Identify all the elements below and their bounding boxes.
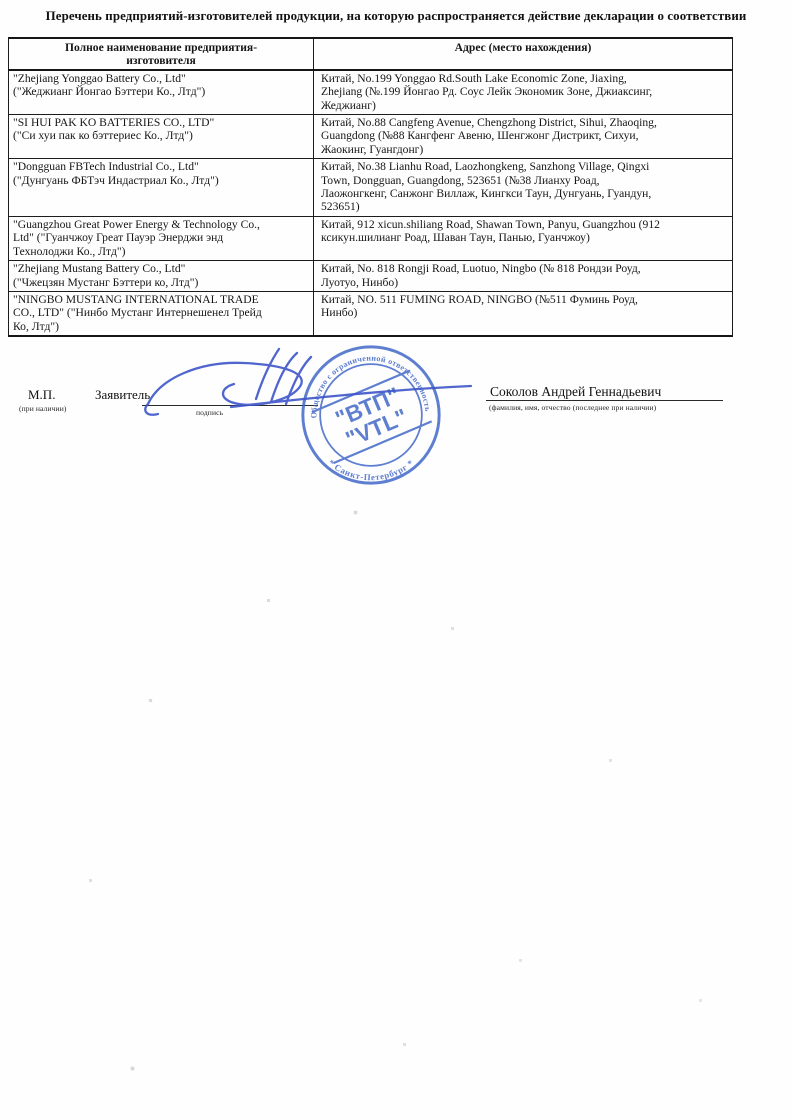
seal-place-label: М.П. [28,387,55,403]
name-underline [486,400,723,401]
cell-name: "NINGBO MUSTANG INTERNATIONAL TRADE CO.,… [9,291,314,336]
table-row: "Guangzhou Great Power Energy & Technolo… [9,216,733,260]
table-row: "SI HUI PAK KO BATTERIES CO., LTD" ("Си … [9,115,733,159]
manufacturers-table: Полное наименование предприятия- изготов… [8,37,733,337]
cell-address: Китай, No. 818 Rongji Road, Luotuo, Ning… [314,261,733,292]
signature [138,346,478,441]
cell-name: "Zhejiang Yonggao Battery Co., Ltd" ("Же… [9,70,314,115]
scan-speckles [0,0,1,1]
cell-address: Китай, No.38 Lianhu Road, Laozhongkeng, … [314,159,733,217]
header-address: Адрес (место нахождения) [314,38,733,70]
table-row: "Zhejiang Mustang Battery Co., Ltd" ("Чж… [9,261,733,292]
cell-address: Китай, No.199 Yonggao Rd.South Lake Econ… [314,70,733,115]
manufacturers-table-body: "Zhejiang Yonggao Battery Co., Ltd" ("Же… [9,70,733,336]
seal-place-note: (при наличии) [19,404,66,413]
cell-address: Китай, 912 xicun.shiliang Road, Shawan T… [314,216,733,260]
document-title: Перечень предприятий-изготовителей проду… [0,0,792,24]
cell-address: Китай, NO. 511 FUMING ROAD, NINGBO (№511… [314,291,733,336]
name-caption: (фамилия, имя, отчество (последнее при н… [489,403,656,412]
table-row: "Zhejiang Yonggao Battery Co., Ltd" ("Же… [9,70,733,115]
cell-name: "Dongguan FBTech Industrial Co., Ltd" ("… [9,159,314,217]
table-row: "Dongguan FBTech Industrial Co., Ltd" ("… [9,159,733,217]
table-header-row: Полное наименование предприятия- изготов… [9,38,733,70]
cell-name: "Guangzhou Great Power Energy & Technolo… [9,216,314,260]
applicant-name: Соколов Андрей Геннадьевич [490,384,661,400]
cell-name: "Zhejiang Mustang Battery Co., Ltd" ("Чж… [9,261,314,292]
table-row: "NINGBO MUSTANG INTERNATIONAL TRADE CO.,… [9,291,733,336]
cell-name: "SI HUI PAK KO BATTERIES CO., LTD" ("Си … [9,115,314,159]
cell-address: Китай, No.88 Cangfeng Avenue, Chengzhong… [314,115,733,159]
document-page: Перечень предприятий-изготовителей проду… [0,0,792,1120]
header-manufacturer-name: Полное наименование предприятия- изготов… [9,38,314,70]
